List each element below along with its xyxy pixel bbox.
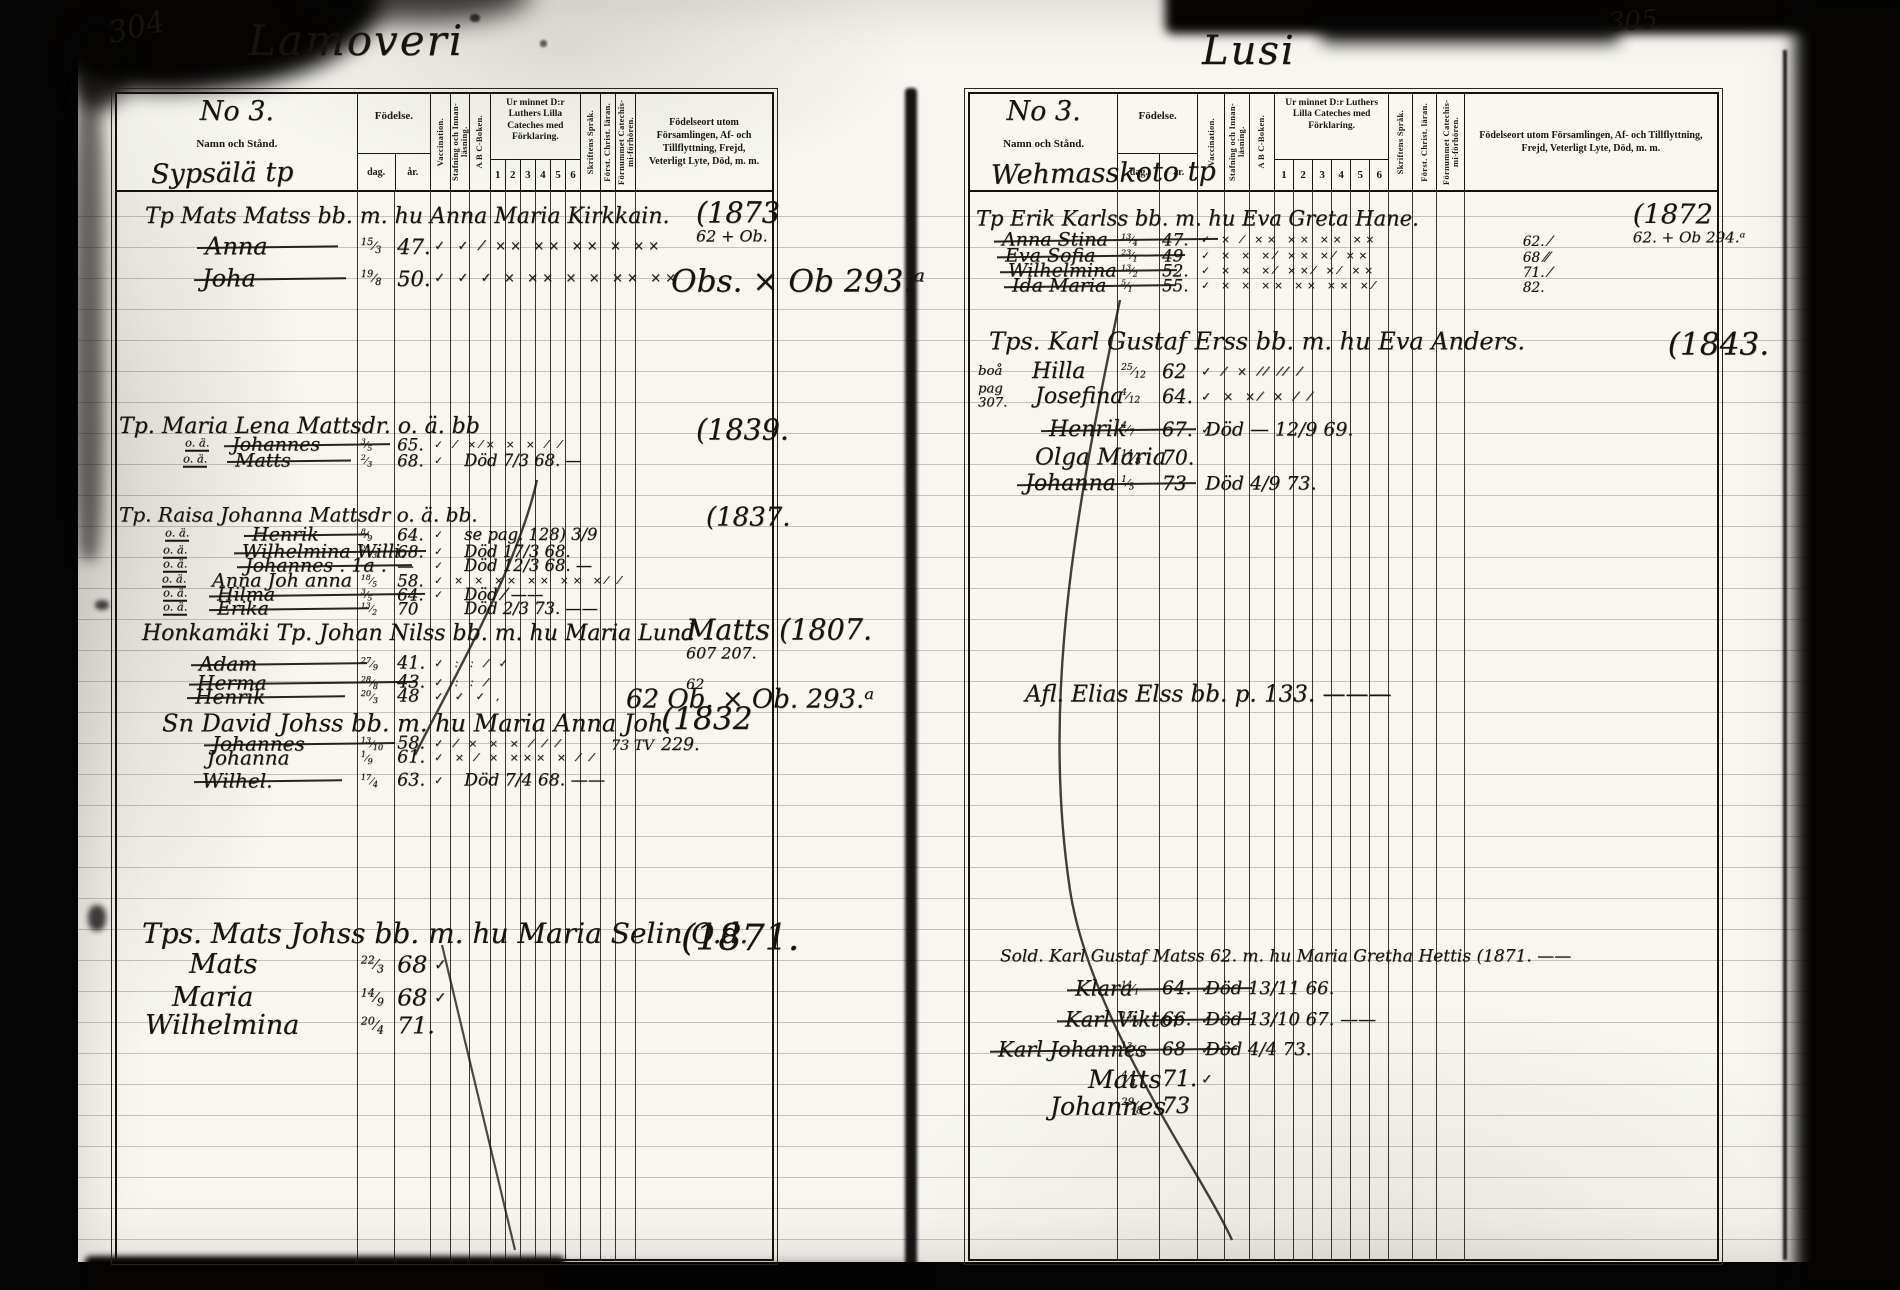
entry-catechism-marks: ✓ xyxy=(434,560,447,572)
entry-death-note: Död 4/4 73. xyxy=(1205,1039,1311,1060)
entry-birth-day: 15⁄3 xyxy=(361,237,382,256)
column-rule xyxy=(520,190,521,1259)
column-header-notes: Födelseort utom Församlingen, Af- och Ti… xyxy=(635,94,772,190)
entry-birth-day: 13⁄2 xyxy=(1121,263,1137,279)
entry-birth-day: 13⁄4 xyxy=(1121,232,1137,248)
entry-catechism-marks: ✓ xyxy=(1201,423,1215,437)
entry-birth-year: 65. xyxy=(397,435,424,455)
entry-death-note: Död ⁄ —— xyxy=(464,585,543,604)
entry-catechism-marks: ✓ × × ×× ×× ×× ×⁄ xyxy=(1201,280,1378,292)
entry-birth-day: 4⁄7 xyxy=(1121,421,1134,439)
strikethrough-line xyxy=(209,593,425,598)
entry-birth-day: 4⁄12 xyxy=(1121,388,1140,406)
column-rule xyxy=(1464,190,1465,1259)
scan-smudge xyxy=(74,80,104,560)
entry-birth-year: 48 xyxy=(397,687,419,707)
entry-margin-note: (1832229. xyxy=(661,705,753,755)
column-rule xyxy=(1331,190,1332,1259)
catechism-grade-3: 3 xyxy=(1312,160,1331,190)
entry-birth-year: 63. xyxy=(397,771,425,791)
scan-speck xyxy=(470,14,480,22)
column-rule xyxy=(1412,190,1413,1259)
entry-catechism-marks: ✓ ⁄ ×⁄× × × ⁄ ⁄ xyxy=(434,439,565,451)
entry-prefix: o. ä. xyxy=(183,454,207,468)
column-rule xyxy=(580,190,581,1259)
entry-birth-day: 13⁄2 xyxy=(361,601,377,617)
entry-name: Henrik xyxy=(252,524,319,546)
entry-catechism-marks: ✓ × × ×⁄ ×× ×⁄ ×× xyxy=(1201,250,1371,262)
entry-catechism-marks: ✓ xyxy=(434,529,447,541)
birth-subcolumns: dag.år. xyxy=(358,153,430,190)
column-header-name: Namn och Stånd. xyxy=(970,138,1117,150)
entry-name: Tps. Mats Johss bb. m. hu Maria Selin O.… xyxy=(142,917,748,950)
book-gutter-fold xyxy=(905,88,917,1268)
catechism-grade-1: 1 xyxy=(1275,160,1293,190)
entry-margin-note: 71. ⁄ xyxy=(1523,265,1551,281)
entry-catechism-marks: ✓ xyxy=(434,989,450,1007)
entry-catechism-marks: ✓ ✓ ✓ × ×× × × ×× ×× xyxy=(434,271,680,286)
section-number: No 3. xyxy=(970,96,1117,127)
column-rule xyxy=(1312,190,1313,1259)
page-edge-line xyxy=(1783,50,1787,1260)
entry-birth-year: — xyxy=(397,556,414,576)
column-header-spelling: Stafning och Innan-läsning. xyxy=(450,94,469,190)
entry-prefix: o. ä. xyxy=(185,438,209,452)
catechism-grade-1: 1 xyxy=(491,160,505,190)
strikethrough-line xyxy=(1057,1018,1252,1022)
column-header-abc-book: A B C-Boken. xyxy=(469,94,490,190)
entry-catechism-marks: ✓ xyxy=(1201,1043,1215,1057)
column-rule xyxy=(505,190,506,1259)
entry-catechism-marks: ✓ × ⁄ ×× ×× ×× ×× xyxy=(1201,234,1378,246)
entry-birth-day: 19⁄8 xyxy=(361,269,382,288)
entry-birth-day: 17⁄4 xyxy=(361,772,378,789)
entry-birth-day: 23⁄1 xyxy=(1121,248,1137,264)
scan-smudge xyxy=(1320,18,1620,44)
column-rule xyxy=(600,190,601,1259)
entry-name: Sn David Johss bb. m. hu Maria Anna Joh. xyxy=(162,709,671,737)
column-rule xyxy=(1159,190,1160,1259)
column-header-vaccination: Vaccination. xyxy=(1197,94,1224,190)
column-header-name: Namn och Stånd. xyxy=(117,138,357,150)
entry-birth-day: 8⁄9 xyxy=(361,527,372,543)
entry-name: Anna xyxy=(205,232,268,260)
entry-birth-year: 73 xyxy=(1162,472,1187,495)
entry-death-note: Död 12/3 68. — xyxy=(464,556,592,575)
entry-catechism-marks: ✓ : : ⁄ xyxy=(434,676,491,689)
entry-birth-day: 18⁄5 xyxy=(361,573,377,589)
entry-name: Klara xyxy=(1075,977,1132,1001)
entry-birth-year: 58. xyxy=(397,734,425,754)
entry-death-note: Död 17/3 68. xyxy=(464,542,570,561)
entry-birth-day: 3⁄5 xyxy=(361,437,372,453)
column-header-hearings: Förnummet Catechis- mi-förhören. xyxy=(615,94,635,190)
column-rule xyxy=(1350,190,1351,1259)
column-rule xyxy=(1274,190,1275,1259)
entry-name: Maria xyxy=(172,982,253,1013)
catechism-grade-2: 2 xyxy=(1293,160,1312,190)
entry-name: Johanna xyxy=(1025,471,1116,496)
entry-birth-year: 64. xyxy=(397,525,424,545)
column-rule xyxy=(1369,190,1370,1259)
pen-stroke-flourish xyxy=(970,190,1717,1259)
entry-birth-year: 67. xyxy=(1162,418,1193,441)
strikethrough-line xyxy=(1017,482,1196,486)
entry-name: Sold. Karl Gustaf Matss 62. m. hu Maria … xyxy=(1000,947,1571,967)
scanned-ledger-spread: 304 305. Lamoveri Lusi No 3. Namn och St… xyxy=(0,0,1900,1290)
column-header-christianity: Först. Christ. läran. xyxy=(1412,94,1436,190)
column-rule xyxy=(450,190,451,1259)
entry-name: Wilhel. xyxy=(202,769,272,793)
scan-speck xyxy=(540,40,547,47)
strikethrough-line xyxy=(197,245,338,249)
entry-birth-day: 27⁄9 xyxy=(361,655,378,672)
entry-birth-year: 68 xyxy=(1162,1039,1186,1060)
column-header-scripture: Skriftens Språk. xyxy=(580,94,600,190)
entry-birth-year: 73 xyxy=(1162,1094,1190,1119)
entry-birth-day: 5⁄1 xyxy=(1121,278,1132,294)
column-header-birth-day: dag. xyxy=(1118,154,1159,190)
column-header-vaccination: Vaccination. xyxy=(430,94,450,190)
column-rule xyxy=(565,190,566,1259)
column-header-hearings: Förnummet Catechis- mi-förhören. xyxy=(1436,94,1464,190)
entry-birth-year: 50. xyxy=(397,266,431,291)
strikethrough-line xyxy=(994,238,1218,243)
entry-birth-day: 13⁄10 xyxy=(361,735,383,752)
column-header-birth-day: dag. xyxy=(358,154,395,190)
page-title-left: Lamoveri xyxy=(248,16,464,65)
column-rule xyxy=(635,190,636,1259)
column-header-christianity: Först. Christ. läran. xyxy=(600,94,615,190)
column-rule xyxy=(469,190,470,1259)
entry-name: Hilla xyxy=(1032,359,1085,384)
entry-birth-day: 13⁄5 xyxy=(1121,1011,1139,1028)
strikethrough-line xyxy=(191,662,367,666)
strikethrough-line xyxy=(1041,428,1196,432)
entry-name: Ida Maria xyxy=(1012,275,1106,297)
column-rule xyxy=(1197,190,1198,1259)
entry-name: Karl Viktor xyxy=(1065,1008,1182,1032)
entry-birth-day: 28⁄8 xyxy=(361,674,378,691)
entry-prefix: o. ä. xyxy=(163,545,187,559)
page-number-right: 305. xyxy=(1607,4,1667,38)
column-rule xyxy=(1224,190,1225,1259)
entry-birth-year: 49 xyxy=(1162,246,1183,266)
entry-catechism-marks: ✓ ⁄ × × × ⁄ ⁄ ⁄ xyxy=(434,737,563,750)
catechism-grade-3: 3 xyxy=(520,160,535,190)
strikethrough-line xyxy=(224,443,390,447)
pen-stroke-flourish xyxy=(117,190,772,1259)
table-header-left: No 3. Namn och Stånd. Sypsälä tp Födelse… xyxy=(117,94,772,192)
entry-death-note: Död 4/9 73. xyxy=(1205,473,1316,495)
column-rule xyxy=(1436,190,1437,1259)
column-header-spelling: Stafning och Innan-läsning. xyxy=(1224,94,1249,190)
entry-birth-day: 25⁄12 xyxy=(1121,363,1146,381)
entry-name: Wilhelmina xyxy=(145,1010,299,1041)
entry-birth-day: 14⁄9 xyxy=(361,987,384,1009)
entry-birth-year: 43. xyxy=(397,673,425,693)
table-body-left: Tp Mats Matss bb. m. hu Anna Maria Kirkk… xyxy=(117,190,772,1259)
column-rule xyxy=(394,190,395,1259)
entry-birth-day: 14⁄1 xyxy=(1121,980,1139,997)
entry-prefix: o. ä. xyxy=(163,559,187,573)
column-rule xyxy=(430,190,431,1259)
entry-catechism-marks: ✓ × × ×× ×× ×× ×⁄ ⁄ xyxy=(434,575,624,587)
entry-birth-year: 62 xyxy=(1162,360,1187,383)
entry-birth-year: 58. xyxy=(397,571,424,591)
page-title-right: Lusi xyxy=(1202,28,1296,74)
scan-smudge xyxy=(560,1266,920,1282)
entry-name: Afl. Elias Elss bb. p. 133. ——— xyxy=(1025,681,1392,707)
column-header-birth-year: år. xyxy=(1159,154,1197,190)
entry-birth-year: 68. xyxy=(397,542,424,562)
entry-name: Wilhelmina xyxy=(1008,260,1117,282)
entry-birth-day: 20⁄4 xyxy=(361,1015,384,1037)
entry-name: Henrik xyxy=(195,685,265,709)
entry-name: Erika xyxy=(217,598,269,620)
entry-name: Matts xyxy=(235,450,291,472)
entry-catechism-marks: ✓ × ⁄ × ××× × ⁄ ⁄ xyxy=(434,751,597,764)
catechism-grade-6: 6 xyxy=(1369,160,1388,190)
column-rule xyxy=(550,190,551,1259)
entry-birth-year: 64. xyxy=(1162,978,1191,999)
entry-prefix: pag307. xyxy=(978,383,1007,411)
scan-speck xyxy=(95,600,109,610)
entry-prefix: o. ä. xyxy=(165,528,189,542)
catechism-grade-columns: 123456 xyxy=(491,159,580,190)
entry-catechism-marks: ✓ ⁄ × ⁄⁄ ⁄⁄ ⁄ xyxy=(1201,365,1305,379)
entry-birth-day: 13⁄11 xyxy=(1121,1041,1144,1058)
entry-birth-day: 3⁄5 xyxy=(361,587,372,603)
entry-prefix: boå xyxy=(978,365,1002,379)
entry-name: Adam xyxy=(199,652,257,676)
column-header-birth-year: år. xyxy=(395,154,431,190)
entry-birth-year: 70. xyxy=(1162,446,1194,470)
column-header-catechism: Ur minnet D:r Luthers Lilla Cateches med… xyxy=(491,98,580,144)
entry-catechism-marks: ✓ × ×⁄ × ⁄ ⁄ xyxy=(1201,390,1315,404)
entry-birth-day: 21⁄3 xyxy=(361,544,377,560)
entry-name: Mats xyxy=(189,949,257,980)
column-rule xyxy=(615,190,616,1259)
column-header-scripture: Skriftens Språk. xyxy=(1388,94,1412,190)
strikethrough-line xyxy=(237,564,412,568)
ledger-page-left: No 3. Namn och Stånd. Sypsälä tp Födelse… xyxy=(115,92,774,1261)
entry-name: Henrik xyxy=(1049,417,1126,442)
column-header-birth: Födelse. xyxy=(358,110,430,122)
entry-birth-day: 29⁄8 xyxy=(1121,1097,1142,1116)
strikethrough-line xyxy=(244,533,369,537)
entry-name: Tp. Maria Lena Mattsdr. o. ä. bb xyxy=(119,414,480,439)
scan-smudge xyxy=(85,1256,565,1290)
entry-birth-year: 66. xyxy=(1162,1009,1191,1030)
strikethrough-line xyxy=(234,550,426,554)
entry-birth-day: 1⁄9 xyxy=(361,749,373,766)
entry-birth-year: 68 xyxy=(397,983,427,1011)
entry-death-note: Död 2/3 73. —— xyxy=(464,599,598,618)
entry-name: Anna Joh anna xyxy=(212,570,352,592)
strikethrough-line xyxy=(194,277,346,281)
strikethrough-line xyxy=(204,742,395,746)
village-heading: Sypsälä tp xyxy=(150,157,293,190)
catechism-grade-5: 5 xyxy=(550,160,565,190)
entry-birth-day: 20⁄3 xyxy=(361,688,378,705)
catechism-grade-6: 6 xyxy=(565,160,580,190)
scan-speck xyxy=(88,905,106,931)
entry-birth-year: 41. xyxy=(397,654,425,674)
entry-birth-year: 55. xyxy=(1162,276,1189,296)
table-header-right: No 3. Namn och Stånd. Wehmasskoto tp Föd… xyxy=(970,94,1717,192)
entry-birth-year: 47. xyxy=(397,234,431,259)
catechism-grade-5: 5 xyxy=(1350,160,1369,190)
entry-name: Olga Maria xyxy=(1035,444,1166,470)
strikethrough-line xyxy=(1000,269,1177,273)
column-rule xyxy=(1388,190,1389,1259)
entry-birth-year: 64. xyxy=(397,585,424,605)
entry-prefix: o. ä. xyxy=(163,588,187,602)
strikethrough-line xyxy=(194,779,342,783)
entry-birth-year: 68. xyxy=(397,451,424,471)
entry-margin-note: 73 TV xyxy=(611,738,654,754)
entry-name: Tp Mats Matss bb. m. hu Anna Maria Kirkk… xyxy=(145,204,670,229)
strikethrough-line xyxy=(187,695,345,699)
entry-name: Josefina xyxy=(1035,384,1123,409)
entry-name: Johannes xyxy=(1050,1092,1166,1121)
entry-birth-day: 1⁄5 xyxy=(1121,475,1134,493)
entry-name: Johannes . 1a . xyxy=(245,555,387,577)
entry-birth-day: 4⁄4 xyxy=(1121,1070,1136,1089)
entry-catechism-marks: ✓ xyxy=(1201,982,1215,996)
entry-catechism-marks: ✓ xyxy=(434,589,447,601)
entry-catechism-marks: ✓ xyxy=(1201,1013,1215,1027)
column-header-abc-book: A B C-Boken. xyxy=(1249,94,1274,190)
entry-birth-year: 64. xyxy=(1162,385,1193,408)
entry-catechism-marks: ✓ xyxy=(434,455,447,467)
entry-margin-note: 68 ⁄⁄ xyxy=(1523,250,1549,266)
strikethrough-line xyxy=(209,607,369,611)
section-number: No 3. xyxy=(117,96,357,127)
entry-birth-year: 68 xyxy=(397,950,427,978)
entry-catechism-marks: ✓ xyxy=(434,546,447,558)
entry-margin-note: 82. xyxy=(1523,280,1545,296)
entry-name: Joha xyxy=(202,264,256,292)
strikethrough-line xyxy=(997,254,1185,258)
strikethrough-line xyxy=(990,1048,1237,1053)
entry-death-note: se pag. 128) 3/9 xyxy=(464,525,597,544)
column-rule xyxy=(357,190,358,1259)
strikethrough-line xyxy=(227,459,351,463)
entry-margin-note: 62 xyxy=(686,677,704,693)
ledger-page-right: No 3. Namn och Stånd. Wehmasskoto tp Föd… xyxy=(968,92,1719,1261)
entry-birth-year: 47. xyxy=(1162,230,1189,250)
entry-birth-year: 70 xyxy=(397,599,418,619)
strikethrough-line xyxy=(1004,284,1176,288)
entry-prefix: o. ä. xyxy=(162,574,186,588)
entry-name: Honkamäki Tp. Johan Nilss bb. m. hu Mari… xyxy=(142,621,695,646)
column-rule xyxy=(1293,190,1294,1259)
column-rule xyxy=(1249,190,1250,1259)
entry-name: Tp. Raisa Johanna Mattsdr o. ä. bb. xyxy=(119,503,478,527)
birth-subcolumns: dag.år. xyxy=(1118,153,1197,190)
entry-name: Hilma xyxy=(217,584,275,606)
entry-name: Matts xyxy=(1088,1065,1161,1094)
entry-margin-note: (187362 + Ob. xyxy=(696,199,780,245)
column-header-notes: Födelseort utom Församlingen, Af- och Ti… xyxy=(1464,94,1717,190)
column-header-birth: Födelse. xyxy=(1118,110,1197,122)
entry-catechism-marks: ✓ xyxy=(1201,1072,1217,1088)
entry-name: Herma xyxy=(197,671,267,695)
entry-birth-day: 2⁄3 xyxy=(361,453,372,469)
entry-birth-day: 14⁄8 xyxy=(1121,448,1141,467)
page-edge-shadow xyxy=(1795,0,1900,1290)
column-rule xyxy=(490,190,491,1259)
entry-birth-year: 71. xyxy=(1162,1067,1197,1092)
entry-prefix: o. ä. xyxy=(163,602,187,616)
entry-name: Tps. Karl Gustaf Erss bb. m. hu Eva Ande… xyxy=(989,327,1525,355)
catechism-grade-4: 4 xyxy=(535,160,550,190)
table-body-right: Tp Erik Karlss bb. m. hu Eva Greta Hane.… xyxy=(970,190,1717,1259)
entry-margin-note: 62. ⁄ xyxy=(1523,234,1551,250)
column-header-catechism: Ur minnet D:r Luthers Lilla Cateches med… xyxy=(1275,98,1388,132)
entry-catechism-marks: ✓ : : ⁄ ✓ xyxy=(434,657,512,670)
entry-birth-year: 52. xyxy=(1162,261,1189,281)
catechism-grade-columns: 123456 xyxy=(1275,159,1388,190)
entry-name: Anna Stina xyxy=(1002,229,1108,251)
entry-name: Johannes xyxy=(232,434,320,456)
entry-name: Karl Johannes xyxy=(998,1038,1147,1062)
entry-name: Johanna xyxy=(207,746,290,770)
column-rule xyxy=(535,190,536,1259)
entry-name: Eva Sofia xyxy=(1005,245,1095,267)
entry-catechism-marks: ✓ xyxy=(434,774,447,787)
column-rule xyxy=(1117,190,1118,1259)
entry-catechism-marks: ✓ xyxy=(434,956,450,974)
entry-name: Johannes xyxy=(212,732,305,756)
entry-name: Wilhelmina Willi. xyxy=(242,541,406,563)
entry-birth-year: 61. xyxy=(397,748,425,768)
strikethrough-line xyxy=(189,681,417,686)
catechism-grade-4: 4 xyxy=(1331,160,1350,190)
entry-birth-day: 22⁄3 xyxy=(361,954,384,976)
catechism-grade-2: 2 xyxy=(505,160,520,190)
